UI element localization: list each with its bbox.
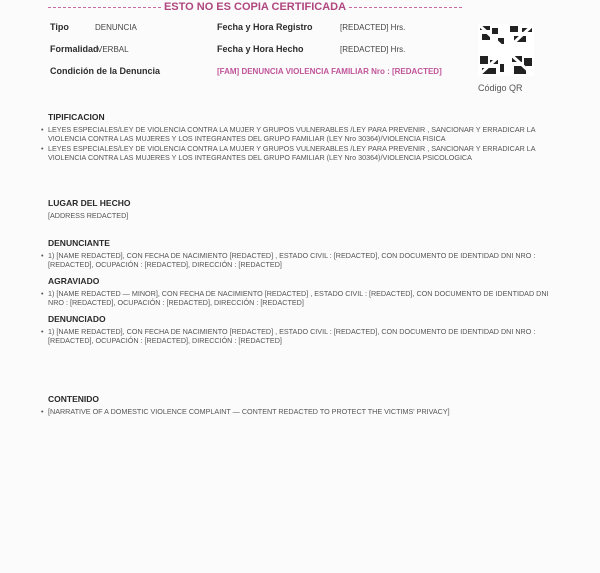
hecho-value: [REDACTED] Hrs. <box>340 45 405 54</box>
denunciado-section: DENUNCIADO 1) [NAME REDACTED], CON FECHA… <box>48 314 556 346</box>
condicion-label: Condición de la Denuncia <box>50 66 160 76</box>
agraviado-section: AGRAVIADO 1) [NAME REDACTED — MINOR], CO… <box>48 276 556 308</box>
tipificacion-item: LEYES ESPECIALES/LEY DE VIOLENCIA CONTRA… <box>48 125 556 144</box>
formalidad-value: VERBAL <box>97 45 129 54</box>
denunciante-title: DENUNCIANTE <box>48 238 556 248</box>
contenido-text: [NARRATIVE OF A DOMESTIC VIOLENCE COMPLA… <box>48 407 556 416</box>
contenido-section: CONTENIDO [NARRATIVE OF A DOMESTIC VIOLE… <box>48 394 556 416</box>
registro-label: Fecha y Hora Registro <box>217 22 313 32</box>
agraviado-item: 1) [NAME REDACTED — MINOR], CON FECHA DE… <box>48 289 556 308</box>
lugar-section: LUGAR DEL HECHO [ADDRESS REDACTED] <box>48 198 556 221</box>
denunciado-title: DENUNCIADO <box>48 314 556 324</box>
lugar-line1: [ADDRESS REDACTED] <box>48 211 556 221</box>
denunciado-item: 1) [NAME REDACTED], CON FECHA DE NACIMIE… <box>48 327 556 346</box>
banner-divider-right <box>349 7 462 8</box>
tipo-label: Tipo <box>50 22 69 32</box>
condicion-value: [FAM] DENUNCIA VIOLENCIA FAMILIAR Nro : … <box>217 67 442 76</box>
denunciante-section: DENUNCIANTE 1) [NAME REDACTED], CON FECH… <box>48 238 556 270</box>
tipificacion-title: TIPIFICACION <box>48 112 556 122</box>
formalidad-label: Formalidad <box>50 44 99 54</box>
lugar-title: LUGAR DEL HECHO <box>48 198 556 208</box>
tipificacion-section: TIPIFICACION LEYES ESPECIALES/LEY DE VIO… <box>48 112 556 163</box>
tipo-value: DENUNCIA <box>95 23 137 32</box>
agraviado-title: AGRAVIADO <box>48 276 556 286</box>
denunciante-item: 1) [NAME REDACTED], CON FECHA DE NACIMIE… <box>48 251 556 270</box>
tipificacion-item: LEYES ESPECIALES/LEY DE VIOLENCIA CONTRA… <box>48 144 556 163</box>
qr-code-icon <box>478 24 534 76</box>
qr-code-label: Código QR <box>478 83 523 93</box>
registro-value: [REDACTED] Hrs. <box>340 23 405 32</box>
banner-divider-left <box>48 7 161 8</box>
contenido-title: CONTENIDO <box>48 394 556 404</box>
certification-banner: ESTO NO ES COPIA CERTIFICADA <box>45 0 465 14</box>
banner-title: ESTO NO ES COPIA CERTIFICADA <box>164 1 346 13</box>
hecho-label: Fecha y Hora Hecho <box>217 44 304 54</box>
